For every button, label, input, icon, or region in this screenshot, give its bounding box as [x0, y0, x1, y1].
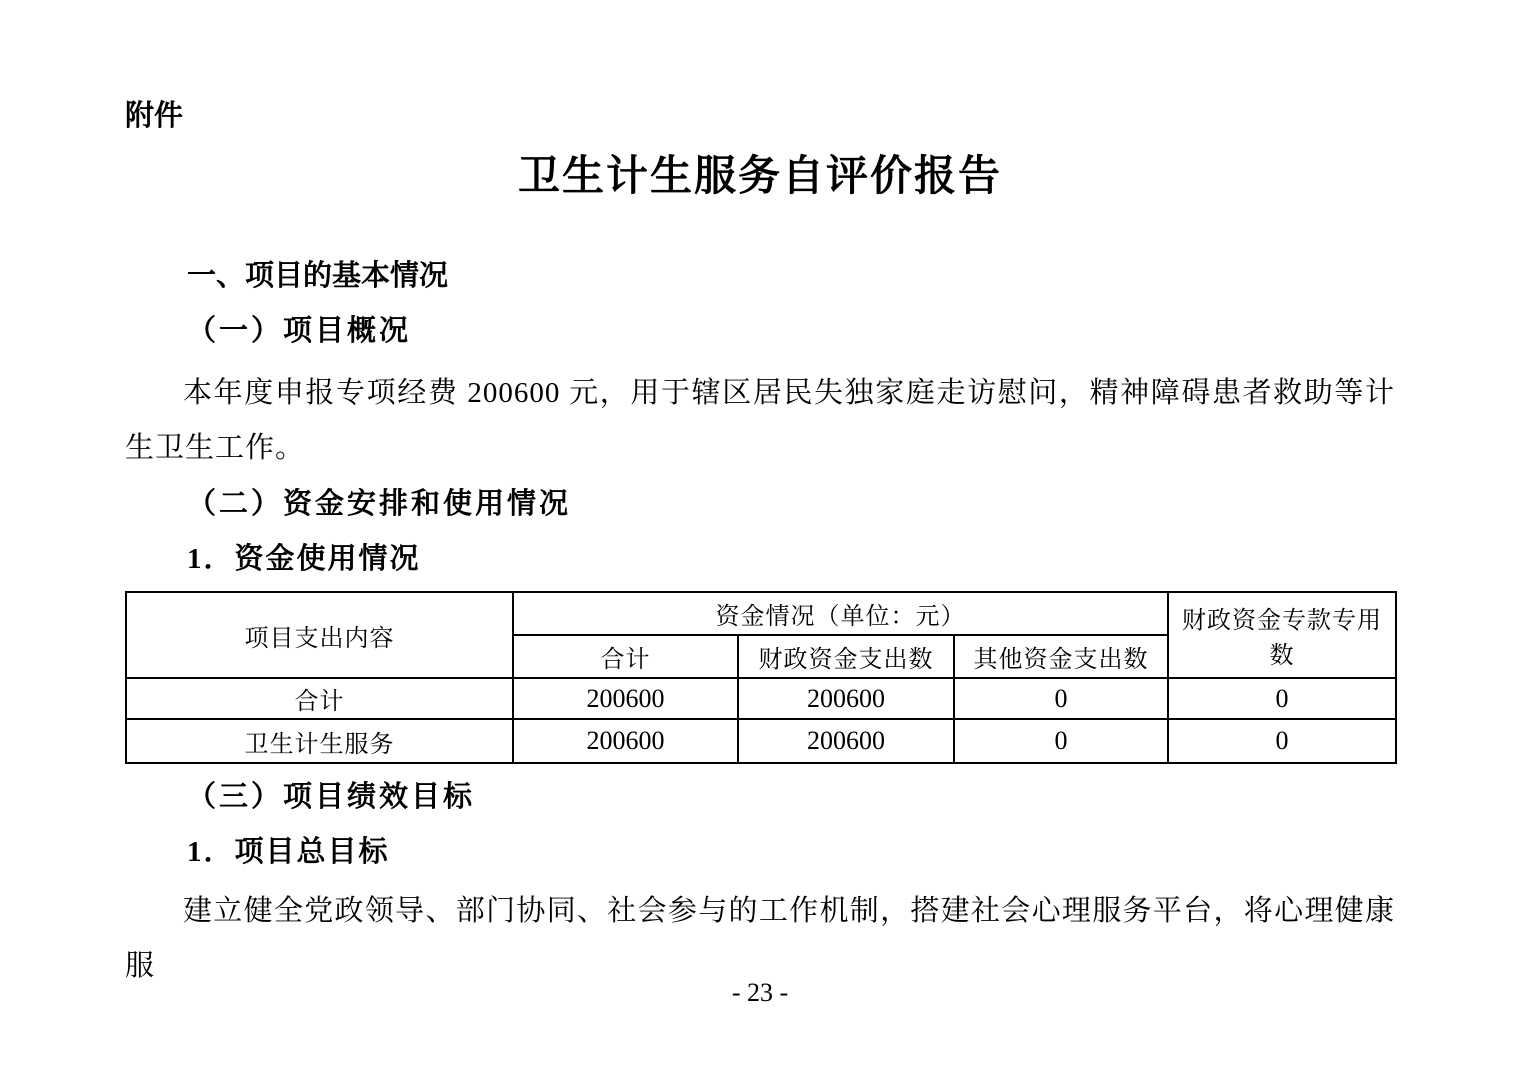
- funds-usage-table: 项目支出内容 资金情况（单位：元） 财政资金专款专用数 合计 财政资金支出数 其…: [125, 591, 1397, 764]
- section-1-2-heading: （二）资金安排和使用情况: [125, 486, 1395, 524]
- header-cell-item: 项目支出内容: [126, 592, 513, 678]
- cell-item: 卫生计生服务: [126, 719, 513, 763]
- header-cell-total: 合计: [513, 635, 738, 678]
- header-cell-earmarked: 财政资金专款专用数: [1168, 592, 1396, 678]
- cell-fiscal: 200600: [738, 678, 954, 719]
- cell-total: 200600: [513, 719, 738, 763]
- cell-item: 合计: [126, 678, 513, 719]
- section-1-3-heading: （三）项目绩效目标: [125, 779, 1395, 817]
- cell-earmarked: 0: [1168, 719, 1396, 763]
- attachment-label: 附件: [125, 98, 1395, 136]
- document-page: 附件 卫生计生服务自评价报告 一、项目的基本情况 （一）项目概况 本年度申报专项…: [0, 0, 1520, 1074]
- section-1-1-heading: （一）项目概况: [125, 313, 1395, 351]
- cell-fiscal: 200600: [738, 719, 954, 763]
- cell-other: 0: [954, 678, 1168, 719]
- cell-other: 0: [954, 719, 1168, 763]
- section-1-heading: 一、项目的基本情况: [125, 258, 1395, 296]
- table-row: 卫生计生服务 200600 200600 0 0: [126, 719, 1396, 763]
- header-cell-funds-group: 资金情况（单位：元）: [513, 592, 1168, 635]
- section-1-2-1-heading: 1．资金使用情况: [125, 541, 1395, 579]
- table-header-row-group: 项目支出内容 资金情况（单位：元） 财政资金专款专用数: [126, 592, 1396, 635]
- page-number: - 23 -: [125, 978, 1395, 1008]
- document-title: 卫生计生服务自评价报告: [125, 148, 1395, 207]
- cell-earmarked: 0: [1168, 678, 1396, 719]
- section-1-3-1-heading: 1．项目总目标: [125, 834, 1395, 872]
- header-cell-fiscal: 财政资金支出数: [738, 635, 954, 678]
- table-row: 合计 200600 200600 0 0: [126, 678, 1396, 719]
- section-1-1-paragraph: 本年度申报专项经费 200600 元，用于辖区居民失独家庭走访慰问，精神障碍患者…: [125, 366, 1395, 476]
- cell-total: 200600: [513, 678, 738, 719]
- header-cell-other: 其他资金支出数: [954, 635, 1168, 678]
